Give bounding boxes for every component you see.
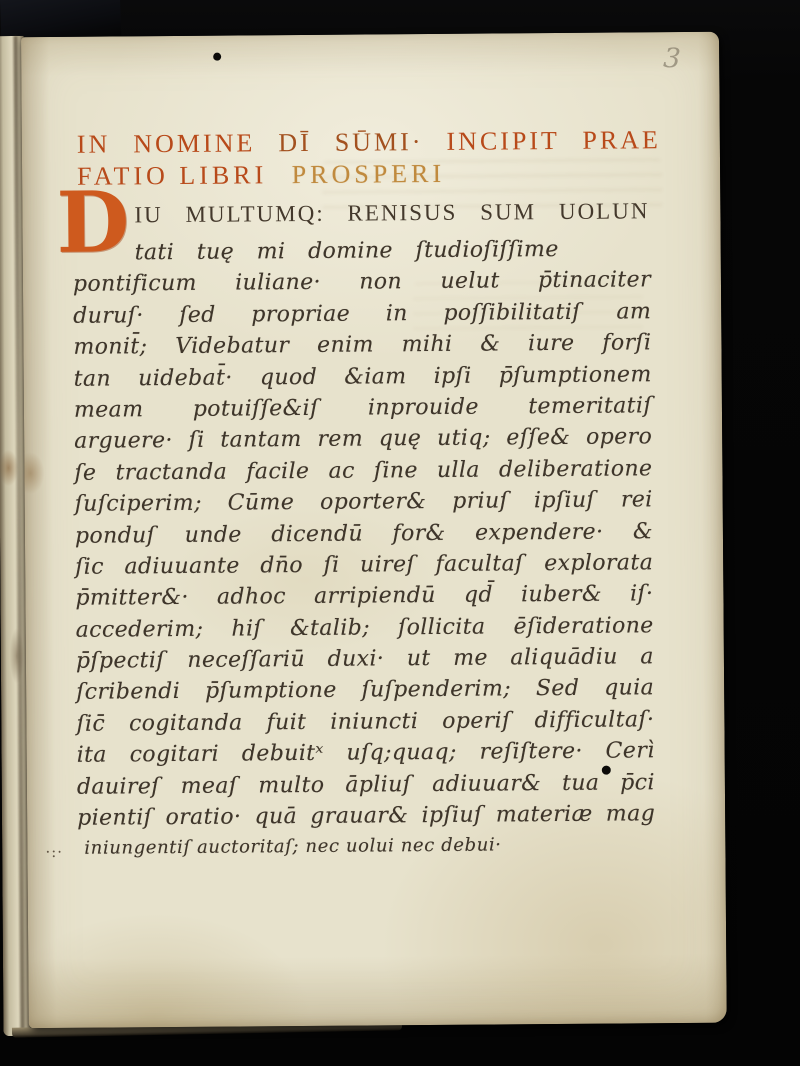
manuscript-line: ſuſciperim; Cūme oporter& priuſ ipſiuſ r… xyxy=(75,484,653,520)
manuscript-line: p̄ſpectiſ neceſſariū duxi· ut me aliquād… xyxy=(76,641,654,677)
manuscript-line: ſic̄ cogitanda fuit iniuncti operiſ diff… xyxy=(76,704,654,740)
manuscript-text-block: tati tuę mi domine ſtudioſiſſime pontifi… xyxy=(73,233,660,864)
manuscript-line: tati tuę mi domine ſtudioſiſſime xyxy=(135,234,559,269)
manuscript-line: monit̄; Videbatur enim mihi & iure forſi xyxy=(73,327,651,363)
manuscript-page: 3 IN NOMINE DĪ SŪMI· INCIPIT PRAE FATIO … xyxy=(21,32,727,1028)
rubric-text-faded: PROSPERI xyxy=(292,159,446,189)
rubric-text: DĪ SŪMI· xyxy=(278,127,423,157)
manuscript-line: ſic adiuuante dn̄o ſi uireſ facultaſ exp… xyxy=(75,547,653,583)
rubric-text: IN NOMINE xyxy=(77,128,256,158)
folio-number: 3 xyxy=(662,43,704,81)
manuscript-line: pientiſ oratio· quā grauar& ipſiuſ mater… xyxy=(77,798,655,834)
manuscript-line: pontificum iuliane· non uelut p̄tinacite… xyxy=(73,265,651,301)
manuscript-line: tan uidebat̄· quod &iam ipſi p̄ſumptione… xyxy=(74,359,652,395)
manuscript-line: p̄mitter&· adhoc arripiendū qd̄ iuber& i… xyxy=(75,579,653,615)
manuscript-line: ponduſ unde dicendū for& expendere· & xyxy=(75,516,653,552)
book-cover-edge xyxy=(0,0,121,40)
manuscript-line: duruſ· ſed propriae in poſſibilitatiſ am xyxy=(73,296,651,332)
black-background: 3 IN NOMINE DĪ SŪMI· INCIPIT PRAE FATIO … xyxy=(0,0,800,1066)
manuscript-line: ſcribendi p̄ſumptione ſuſpenderim; Sed q… xyxy=(76,673,654,709)
parchment-hole xyxy=(213,53,221,61)
rubric-text: INCIPIT PRAE xyxy=(446,125,661,156)
manuscript-line: ſe tractanda facile ac ſine ulla deliber… xyxy=(74,453,652,489)
manuscript-line: accederim; hiſ &talib; ſollicita ēſidera… xyxy=(76,610,654,646)
manuscript-line: dauireſ meaſ multo āpliuſ adiuuar& tua p… xyxy=(77,767,655,803)
marginal-signe-de-renvoi: ·:· xyxy=(45,843,63,861)
manuscript-line: meam potuiſſe&iſ inprouide temeritatiſ xyxy=(74,390,652,426)
first-line-capitals: IU MULTUMQ: RENISUS SUM UOLUN xyxy=(134,198,649,228)
manuscript-line-small: iniungentiſ auctoritaſ; nec uolui nec de… xyxy=(84,830,659,865)
manuscript-line: ita cogitari debuitˣ uſq;quaq; reſiſtere… xyxy=(77,736,655,772)
rubric-heading-line1: IN NOMINE DĪ SŪMI· INCIPIT PRAE xyxy=(77,124,661,160)
manuscript-line: arguere· ſi tantam rem quę utiq; eſſe& o… xyxy=(74,422,652,458)
